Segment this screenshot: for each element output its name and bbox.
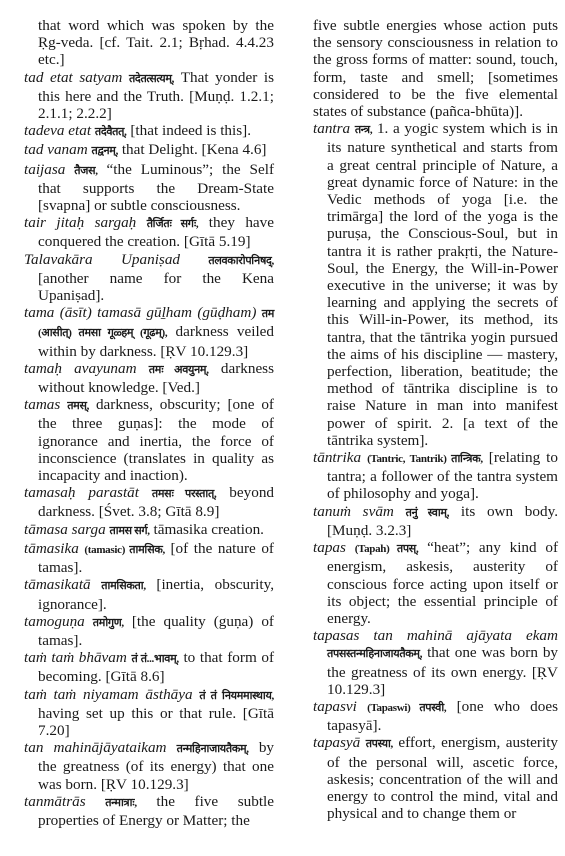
devanagari: तं तं...भावम्, <box>131 653 178 665</box>
devanagari: तामसिकता, <box>101 580 146 592</box>
devanagari: तन्मात्राः, <box>105 797 137 809</box>
devanagari: (Tapah) तपस्, <box>355 543 419 555</box>
headword: tāmasikatā <box>24 576 91 593</box>
devanagari: तमः अवयुनम्, <box>149 364 209 376</box>
headword: tamoguṇa <box>24 613 85 630</box>
headword: tantra <box>313 120 350 137</box>
devanagari: तं तं नियममास्थाय, <box>199 690 274 702</box>
headword: tair jitaḥ sargaḥ <box>24 214 136 231</box>
headword: tāntrika <box>313 449 361 466</box>
devanagari: तनुं स्वाम्, <box>406 507 450 519</box>
headword: tad etat satyam <box>24 69 122 86</box>
devanagari: (tamasic) तामसिक, <box>84 544 165 556</box>
headword: taijasa <box>24 161 65 178</box>
entry-tantra: tantra तन्त्र, 1. a yogic system which i… <box>313 120 558 449</box>
entry-tapasvi: tapasvi (Tapaswi) तपस्वी, [one who does … <box>313 698 558 734</box>
headword: tapasas tan mahinā ajāyata ekam <box>313 627 558 644</box>
headword: tamaḥ avayunam <box>24 360 137 377</box>
devanagari: तैजस, <box>74 165 97 177</box>
entry-tamah-avayunam: tamaḥ avayunam तमः अवयुनम्, darkness wit… <box>24 360 274 396</box>
headword: tad vanam <box>24 141 88 158</box>
entry-tamasika: tāmasika (tamasic) तामसिक, [of the natur… <box>24 540 274 576</box>
devanagari: तमस्, <box>67 400 89 412</box>
entry-tapasas-tan-mahina: tapasas tan mahinā ajāyata ekam तपसस्तन्… <box>313 627 558 698</box>
entry-tama-asit: tama (āsīt) tamasā gūḻham (gūḍham) तम (आ… <box>24 304 274 360</box>
headword: tanuṁ svām <box>313 503 394 520</box>
entry-tamasa-sarga: tāmasa sarga तामस सर्ग, tāmasika creatio… <box>24 521 274 540</box>
right-column: five subtle energies whose action puts t… <box>313 17 558 822</box>
definition: having set up this or that rule. [Gītā 7… <box>38 705 274 739</box>
devanagari: तमसः परस्तात्, <box>152 488 217 500</box>
devanagari: तन्त्र, <box>355 124 372 136</box>
entry-tapas: tapas (Tapah) तपस्, “heat”; any kind of … <box>313 539 558 627</box>
headword: tama (āsīt) tamasā gūḻham (gūḍham) <box>24 304 256 321</box>
headword: taṁ taṁ bhāvam <box>24 649 127 666</box>
devanagari: (Tapaswi) तपस्वी, <box>367 702 446 714</box>
headword: tāmasika <box>24 540 79 557</box>
entry-taijasa: taijasa तैजस, “the Luminous”; the Self t… <box>24 161 274 215</box>
definition: [another name for the Kena Upaniṣad]. <box>38 270 274 304</box>
devanagari: तमोगुण, <box>93 617 124 629</box>
left-column: that word which was spoken by the Ṛg-ved… <box>24 17 274 829</box>
dictionary-page: that word which was spoken by the Ṛg-ved… <box>0 0 565 856</box>
entry-tanmatras: tanmātrās तन्मात्राः, the five subtle pr… <box>24 793 274 829</box>
entry-tapasya: tapasyā तपस्या, effort, energism, auster… <box>313 734 558 822</box>
devanagari: (Tantric, Tantrik) तान्त्रिक, <box>367 453 483 465</box>
devanagari: तन्महिनाजायतैकम्, <box>177 743 249 755</box>
headword: tapasyā <box>313 734 360 751</box>
entry-tamasikata: tāmasikatā तामसिकता, [inertia, obscurity… <box>24 576 274 612</box>
devanagari: तदेतत्सत्यम्, <box>129 73 174 85</box>
headword: taṁ taṁ niyamam āsthāya <box>24 686 193 703</box>
headword: tāmasa sarga <box>24 521 106 538</box>
entry-continuation: that word which was spoken by the Ṛg-ved… <box>24 17 274 69</box>
entry-tamoguna: tamoguṇa तमोगुण, [the quality (guṇa) of … <box>24 613 274 649</box>
definition: tāmasika creation. <box>153 521 263 538</box>
headword: tan mahinājāyataikam <box>24 739 167 756</box>
devanagari: तपस्या, <box>366 738 393 750</box>
devanagari: तदेवैतत्, <box>95 126 127 138</box>
headword: tamas <box>24 396 60 413</box>
devanagari: तद्वनम्, <box>92 145 119 157</box>
headword: Talavakāra Upaniṣad <box>24 251 180 268</box>
entry-tadeva-etat: tadeva etat तदेवैतत्, [that indeed is th… <box>24 122 274 141</box>
headword: tapas <box>313 539 346 556</box>
devanagari: तलवकारोपनिषद्, <box>208 255 274 267</box>
definition: [that indeed is this]. <box>130 122 251 139</box>
devanagari: तामस सर्ग, <box>110 525 150 537</box>
entry-tair-jitah-sargah: tair jitaḥ sargaḥ तैर्जितः सर्गः, they h… <box>24 214 274 250</box>
entry-tanum-svam: tanuṁ svām तनुं स्वाम्, its own body. [M… <box>313 503 558 539</box>
entry-tantrika: tāntrika (Tantric, Tantrik) तान्त्रिक, [… <box>313 449 558 503</box>
devanagari: तपसस्तन्महिनाजायतैकम्, <box>327 648 422 660</box>
entry-tam-tam-niyamam: taṁ taṁ niyamam āsthāya तं तं नियममास्था… <box>24 686 274 740</box>
devanagari: तैर्जितः सर्गः, <box>147 218 199 230</box>
entry-continuation: five subtle energies whose action puts t… <box>313 17 558 120</box>
definition: 1. a yogic system which is in its nature… <box>327 120 558 449</box>
headword: tadeva etat <box>24 122 91 139</box>
entry-tad-etat-satyam: tad etat satyam तदेतत्सत्यम्, That yonde… <box>24 69 274 123</box>
entry-tam-tam-bhavam: taṁ taṁ bhāvam तं तं...भावम्, to that fo… <box>24 649 274 685</box>
headword: tamasaḥ parastāt <box>24 484 139 501</box>
headword: tanmātrās <box>24 793 86 810</box>
entry-tad-vanam: tad vanam तद्वनम्, that Delight. [Kena 4… <box>24 141 274 160</box>
headword: tapasvi <box>313 698 357 715</box>
definition: that Delight. [Kena 4.6] <box>122 141 267 158</box>
entry-tan-mahinajayataikam: tan mahinājāyataikam तन्महिनाजायतैकम्, b… <box>24 739 274 793</box>
entry-talavakara-upanisad: Talavakāra Upaniṣad तलवकारोपनिषद्, [anot… <box>24 251 274 305</box>
entry-tamas: tamas तमस्, darkness, obscurity; [one of… <box>24 396 274 484</box>
definition: effort, energism, austerity of the perso… <box>327 734 558 822</box>
entry-tamasah-parastat: tamasaḥ parastāt तमसः परस्तात्, beyond d… <box>24 484 274 520</box>
